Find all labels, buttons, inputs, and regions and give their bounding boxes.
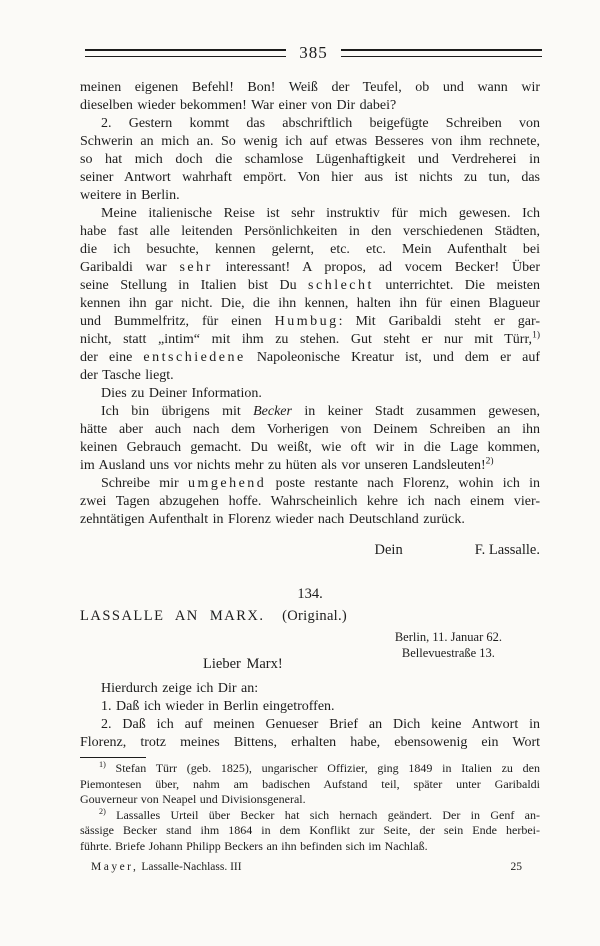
text-line: und Bummelfritz, für einen Humbug: Mit G…	[80, 313, 540, 331]
section-heading-row: LASSALLE AN MARX. (Original.)	[80, 607, 540, 626]
paragraph: 2. Daß ich auf meinen Genueser Brief an …	[80, 716, 540, 752]
text-line: Meine italienische Reise ist sehr instru…	[80, 205, 540, 223]
dateline: Berlin, 11. Januar 62. Bellevuestraße 13…	[395, 629, 502, 661]
text-line: im Ausland uns vor nichts mehr zu hüten …	[80, 457, 540, 475]
section-heading-note: (Original.)	[282, 608, 347, 624]
emphasized-spaced-text: entschiedene	[143, 350, 245, 365]
text-line: dieselben wieder bekommen! War einer von…	[80, 97, 540, 115]
book-page: 385 meinen eigenen Befehl! Bon! Weiß der…	[0, 0, 600, 946]
paragraph: Dies zu Deiner Information.	[80, 385, 540, 403]
text-line: sässige Becker stand ihm 1864 in dem Kon…	[80, 823, 540, 839]
page-number: 385	[299, 44, 328, 62]
dateline-street: Bellevuestraße 13.	[395, 645, 502, 661]
text-line: 2. Gestern kommt das abschriftlich beige…	[80, 115, 540, 133]
signature-name: F. Lassalle.	[475, 541, 540, 559]
paragraph: 2. Gestern kommt das abschriftlich beige…	[80, 115, 540, 205]
emphasized-spaced-text: Humbug	[275, 314, 339, 329]
paragraph: Meine italienische Reise ist sehr instru…	[80, 205, 540, 385]
footnote-separator	[80, 757, 146, 758]
text-line: Piemontesen über, nahm am badischen Aufs…	[80, 777, 540, 793]
letter-body: Hierdurch zeige ich Dir an:1. Daß ich wi…	[80, 680, 540, 752]
text-line: nicht, statt „intim“ mit ihm zu stehen. …	[80, 331, 540, 349]
text-line: die ich besuchte, kennen gelernt, etc. e…	[80, 241, 540, 259]
text-line: der eine entschiedene Napoleonische Krea…	[80, 349, 540, 367]
text-line: so hat mich doch die schamlose Lügenhaft…	[80, 151, 540, 169]
footnote-marker: 2)	[486, 457, 494, 466]
section-number: 134.	[80, 585, 540, 603]
text-line: zehntätigen Aufenthalt in Florenz wieder…	[80, 511, 540, 529]
text-line: der Tasche liegt.	[80, 367, 540, 385]
text-line: hätte aber auch nach dem Vorherigen von …	[80, 421, 540, 439]
paragraph: 1. Daß ich wieder in Berlin eingetroffen…	[80, 698, 540, 716]
paragraph: 2) Lassalles Urteil über Becker hat sich…	[80, 808, 540, 855]
text-line: seine Stellung in Italien bist Du schlec…	[80, 277, 540, 295]
footnote-marker: 1)	[99, 761, 106, 769]
text-line: Ich bin übrigens mit Becker in keiner St…	[80, 403, 540, 421]
signature-row: Dein F. Lassalle.	[80, 541, 540, 559]
text-line: kennen ihn gar nicht. Die, die ihn kenne…	[80, 295, 540, 313]
text-line: habe fast alle leitenden Persönlichkeite…	[80, 223, 540, 241]
emphasized-spaced-text: schlecht	[308, 278, 374, 293]
salutation: Lieber Marx!	[203, 655, 283, 673]
text-line: führte. Briefe Johann Philipp Beckers an…	[80, 839, 540, 855]
text-line: weitere in Berlin.	[80, 187, 540, 205]
paragraph: Schreibe mir umgehend poste restante nac…	[80, 475, 540, 529]
text-line: meinen eigenen Befehl! Bon! Weiß der Teu…	[80, 79, 540, 97]
paragraph: meinen eigenen Befehl! Bon! Weiß der Teu…	[80, 79, 540, 115]
text-line: Hierdurch zeige ich Dir an:	[80, 680, 540, 698]
text-line: 1. Daß ich wieder in Berlin eingetroffen…	[80, 698, 540, 716]
footnote-marker: 2)	[99, 808, 106, 816]
text-line: keinen Gebrauch gemacht. Du weißt, wie o…	[80, 439, 540, 457]
page-footer: Mayer, Lassalle-Nachlass. III 25	[80, 860, 540, 875]
text-line: Florenz, trotz meines Bittens, erhalten …	[80, 734, 540, 752]
footnote-marker: 1)	[532, 331, 540, 340]
running-head: 385	[85, 44, 542, 62]
text-line: Garibaldi war sehr interessant! A propos…	[80, 259, 540, 277]
text-column: meinen eigenen Befehl! Bon! Weiß der Teu…	[80, 79, 540, 875]
text-line: zwei Tagen abzugehen hoffe. Wahrscheinli…	[80, 493, 540, 511]
emphasized-spaced-text: Mayer,	[91, 861, 138, 873]
text-line: seiner Antwort wahrhaft empört. Von hier…	[80, 169, 540, 187]
header-rule-right	[341, 49, 542, 57]
italic-text: Becker	[253, 404, 292, 419]
text-line: 2) Lassalles Urteil über Becker hat sich…	[80, 808, 540, 824]
footnotes: 1) Stefan Türr (geb. 1825), ungarischer …	[80, 761, 540, 854]
letter-continuation: meinen eigenen Befehl! Bon! Weiß der Teu…	[80, 79, 540, 529]
text-line: 2. Daß ich auf meinen Genueser Brief an …	[80, 716, 540, 734]
emphasized-spaced-text: sehr	[179, 260, 212, 275]
signature-dein: Dein	[375, 541, 403, 559]
text-line: Dies zu Deiner Information.	[80, 385, 540, 403]
paragraph: Ich bin übrigens mit Becker in keiner St…	[80, 403, 540, 475]
text-line: Schwerin an mich an. So wenig ich auf et…	[80, 133, 540, 151]
emphasized-spaced-text: umgehend	[188, 476, 266, 491]
footer-imprint: Mayer, Lassalle-Nachlass. III	[91, 860, 242, 875]
dateline-city-date: Berlin, 11. Januar 62.	[395, 629, 502, 645]
text-line: Schreibe mir umgehend poste restante nac…	[80, 475, 540, 493]
footer-page-number: 25	[511, 860, 523, 875]
paragraph: 1) Stefan Türr (geb. 1825), ungarischer …	[80, 761, 540, 808]
header-rule-left	[85, 49, 286, 57]
text-line: 1) Stefan Türr (geb. 1825), ungarischer …	[80, 761, 540, 777]
letter-opening: Berlin, 11. Januar 62. Bellevuestraße 13…	[80, 626, 540, 680]
text-line: Gouverneur von Neapel und Divisionsgener…	[80, 792, 540, 808]
paragraph: Hierdurch zeige ich Dir an:	[80, 680, 540, 698]
section-heading: LASSALLE AN MARX.	[80, 608, 265, 624]
